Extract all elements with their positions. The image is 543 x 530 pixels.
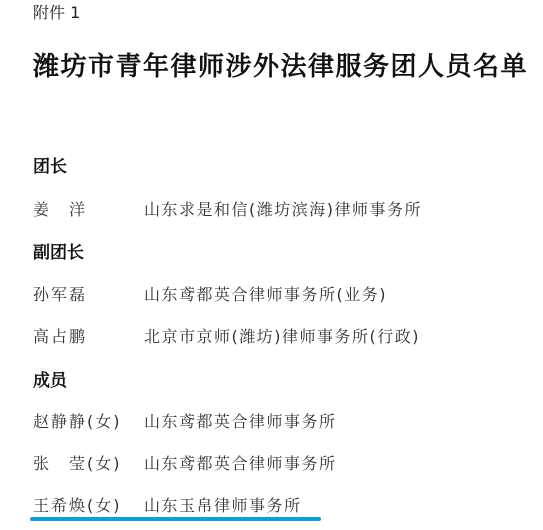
highlight-underline: [30, 517, 321, 521]
member-org: 山东鸢都英合律师事务所: [144, 453, 337, 475]
member-row: 孙军磊 山东鸢都英合律师事务所(业务): [33, 284, 513, 306]
document-title: 潍坊市青年律师涉外法律服务团人员名单: [33, 50, 528, 84]
member-org: 北京市京师(潍坊)律师事务所(行政): [144, 326, 420, 348]
member-org: 山东鸢都英合律师事务所(业务): [144, 284, 387, 306]
member-row: 高占鹏 北京市京师(潍坊)律师事务所(行政): [33, 326, 513, 348]
member-name: 张 莹(女): [33, 453, 122, 475]
member-org: 山东鸢都英合律师事务所: [144, 411, 337, 433]
member-row: 张 莹(女) 山东鸢都英合律师事务所: [33, 453, 513, 475]
member-name: 高占鹏: [33, 326, 87, 348]
member-row: 赵静静(女) 山东鸢都英合律师事务所: [33, 411, 513, 433]
member-row: 王希焕(女) 山东玉帛律师事务所: [33, 495, 513, 517]
section-heading-members: 成员: [33, 370, 67, 392]
member-org: 山东求是和信(潍坊滨海)律师事务所: [144, 199, 422, 221]
member-name: 孙军磊: [33, 284, 87, 306]
member-row: 姜 洋 山东求是和信(潍坊滨海)律师事务所: [33, 199, 513, 221]
member-org: 山东玉帛律师事务所: [144, 495, 302, 517]
attachment-label: 附件 1: [33, 3, 80, 23]
section-heading-leader: 团长: [33, 156, 67, 178]
member-name: 赵静静(女): [33, 411, 122, 433]
member-name: 王希焕(女): [33, 495, 122, 517]
member-name: 姜 洋: [33, 199, 87, 221]
section-heading-deputy: 副团长: [33, 242, 84, 264]
